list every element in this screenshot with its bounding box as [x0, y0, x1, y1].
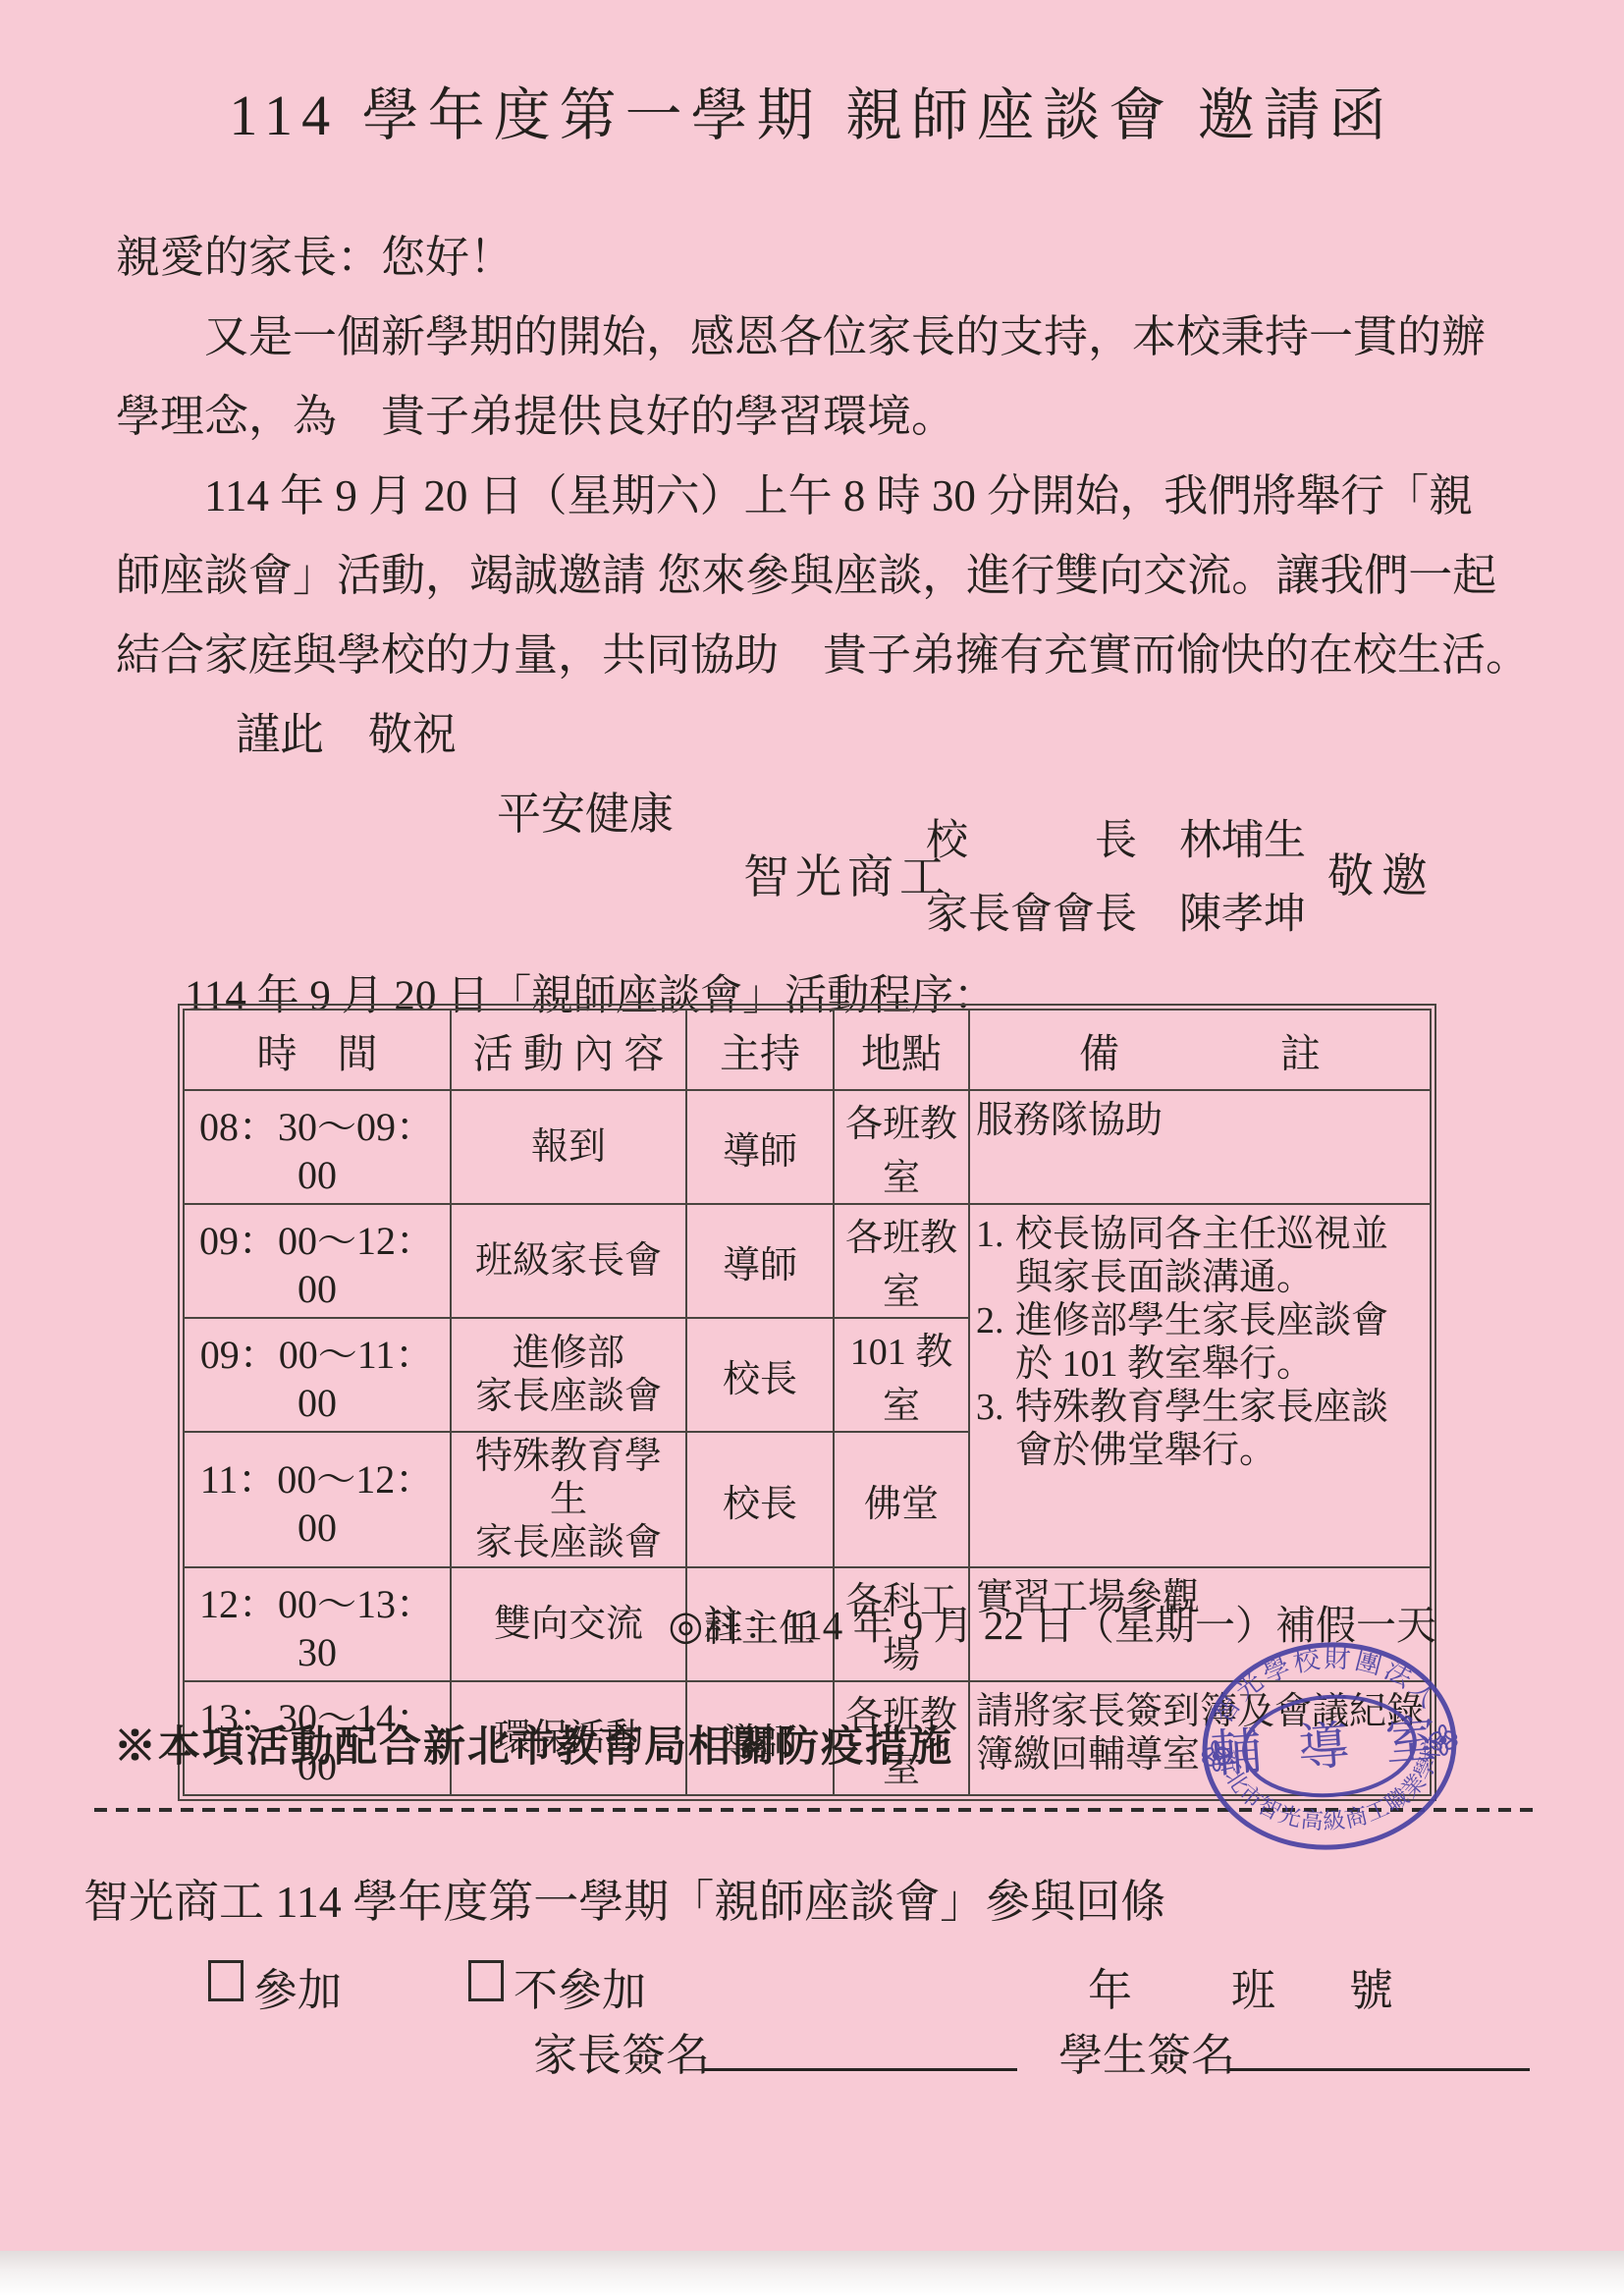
not-attend-checkbox[interactable]: [468, 1960, 504, 2001]
note-item: 1. 校長協同各主任巡視並與家長面談溝通。: [976, 1213, 1424, 1299]
note-number: 3.: [976, 1386, 1015, 1429]
principal-name: 林埔生: [1179, 818, 1306, 864]
chair-name: 陳孝坤: [1179, 892, 1306, 938]
student-signature-label: 學生簽名: [1058, 2019, 1235, 2083]
cell-note-merged: 1. 校長協同各主任巡視並與家長面談溝通。 2. 進修部學生家長座談會於 101…: [969, 1204, 1431, 1567]
table-row: 09：00～12：00 班級家長會 導師 各班教室 1. 校長協同各主任巡視並與…: [184, 1204, 1431, 1318]
note-item: 3. 特殊教育學生家長座談會於佛堂舉行。: [976, 1386, 1424, 1472]
covid-notice: ※本項活動配合新北市教育局相關防疫措施: [114, 1714, 953, 1774]
cell-time: 12：00～13：30: [184, 1567, 451, 1681]
cell-time: 08：30～09：00: [184, 1090, 451, 1204]
year-label: 年: [1088, 1954, 1132, 2018]
cell-activity: 報到: [451, 1090, 686, 1204]
cell-activity: 班級家長會: [451, 1204, 686, 1318]
paragraph-1: 又是一個新學期的開始，感恩各位家長的支持，本校秉持一貫的辦 學理念，為 貴子弟提…: [116, 298, 1530, 457]
letter-body: 親愛的家長：您好！ 又是一個新學期的開始，感恩各位家長的支持，本校秉持一貫的辦 …: [116, 218, 1530, 854]
cell-place: 各班教室: [834, 1204, 969, 1318]
note-number: 2.: [976, 1299, 1015, 1342]
cell-activity: 雙向交流: [451, 1567, 686, 1681]
student-signature-line: [1227, 2068, 1530, 2071]
note-item: 2. 進修部學生家長座談會於 101 教室舉行。: [976, 1299, 1424, 1386]
header-time: 時 間: [184, 1010, 451, 1090]
not-attend-label: 不參加: [514, 1954, 646, 2018]
signature-school-name: 智光商工: [743, 841, 951, 906]
attend-label: 參加: [253, 1954, 342, 2018]
class-label: 班: [1231, 1954, 1275, 2018]
attend-checkbox[interactable]: [208, 1960, 244, 2001]
note-number: 1.: [976, 1213, 1015, 1256]
note-text: 特殊教育學生家長座談會於佛堂舉行。: [1015, 1386, 1424, 1472]
cell-host: 校長: [686, 1318, 834, 1432]
header-activity: 活 動 內 容: [451, 1010, 686, 1090]
header-host: 主持: [686, 1010, 834, 1090]
table-header-row: 時 間 活 動 內 容 主持 地點 備 註: [184, 1010, 1431, 1090]
reply-slip-title: 智光商工 114 學年度第一學期「親師座談會」參與回條: [83, 1866, 1165, 1931]
cell-time: 11：00～12：00: [184, 1432, 451, 1567]
paragraph-2: 114 年 9 月 20 日（星期六）上午 8 時 30 分開始，我們將舉行「親…: [116, 457, 1530, 695]
cell-activity: 特殊教育學生 家長座談會: [451, 1432, 686, 1567]
header-place: 地點: [834, 1010, 969, 1090]
signature-invite: 敬邀: [1327, 840, 1435, 905]
number-label: 號: [1349, 1954, 1393, 2018]
table-row: 08：30～09：00 報到 導師 各班教室 服務隊協助: [184, 1090, 1431, 1204]
cell-place: 101 教室: [834, 1318, 969, 1432]
chair-title: 家長會會長: [926, 892, 1137, 938]
cell-place: 各班教室: [834, 1090, 969, 1204]
cell-host: 導師: [686, 1090, 834, 1204]
page-title: 114 學年度第一學期 親師座談會 邀請函: [0, 69, 1624, 151]
principal-title: 校 長: [926, 818, 1137, 864]
cell-time: 09：00～12：00: [184, 1204, 451, 1318]
cell-time: 09：00～11：00: [184, 1318, 451, 1432]
header-remarks: 備 註: [969, 1010, 1431, 1090]
cell-host: 校長: [686, 1432, 834, 1567]
note-text: 校長協同各主任巡視並與家長面談溝通。: [1015, 1213, 1424, 1299]
cell-activity: 進修部 家長座談會: [451, 1318, 686, 1432]
note-text: 進修部學生家長座談會於 101 教室舉行。: [1015, 1299, 1424, 1386]
cell-host: 導師: [686, 1204, 834, 1318]
parent-signature-label: 家長簽名: [533, 2019, 710, 2083]
cell-note: 服務隊協助: [969, 1090, 1431, 1204]
signature-principal: 校 長 林埔生: [926, 807, 1306, 867]
scanned-invitation-letter: 114 學年度第一學期 親師座談會 邀請函 親愛的家長：您好！ 又是一個新學期的…: [0, 0, 1624, 2296]
counseling-office-stamp: 智光學校財團法人 新北市智光高級商工職業學校 輔 導 室: [1167, 1608, 1490, 1884]
scan-edge-artifact: [0, 2251, 1624, 2296]
closing-phrase: 謹此 敬祝: [116, 695, 1530, 775]
signature-chair: 家長會會長 陳孝坤: [926, 881, 1306, 941]
cell-place: 佛堂: [834, 1432, 969, 1567]
salutation: 親愛的家長：您好！: [116, 218, 1530, 298]
parent-signature-line: [703, 2068, 1017, 2071]
